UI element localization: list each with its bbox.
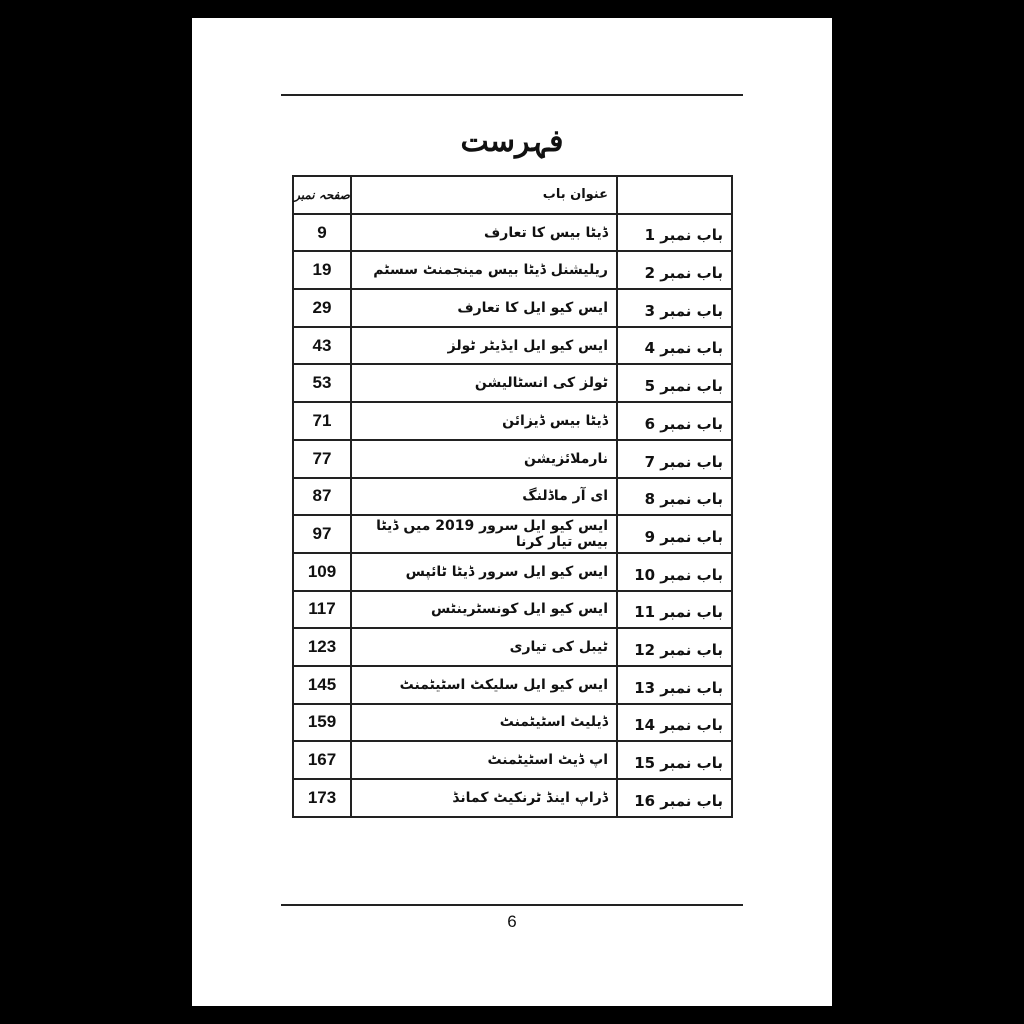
chapter-number-cell: باب نمبر 15 xyxy=(617,741,732,779)
page-title: فہرست xyxy=(192,124,832,159)
table-row: 53ٹولز کی انسٹالیشنباب نمبر 5 xyxy=(293,364,732,402)
page-number-cell: 145 xyxy=(293,666,351,704)
top-rule-divider xyxy=(281,94,743,96)
chapter-title-cell: نارملائزیشن xyxy=(351,440,617,478)
chapter-number-cell: باب نمبر 7 xyxy=(617,440,732,478)
page-number-cell: 29 xyxy=(293,289,351,327)
page-number-cell: 9 xyxy=(293,214,351,252)
chapter-number-cell: باب نمبر 5 xyxy=(617,364,732,402)
chapter-number-cell: باب نمبر 13 xyxy=(617,666,732,704)
table-row: 87ای آر ماڈلنگباب نمبر 8 xyxy=(293,478,732,516)
page-number-cell: 173 xyxy=(293,779,351,817)
chapter-title-cell: ایس کیو ایل سرور 2019 میں ڈیٹا بیس تیار … xyxy=(351,515,617,553)
chapter-number-cell: باب نمبر 16 xyxy=(617,779,732,817)
chapter-title-cell: ریلیشنل ڈیٹا بیس مینجمنٹ سسٹم xyxy=(351,251,617,289)
chapter-title-cell: ٹولز کی انسٹالیشن xyxy=(351,364,617,402)
page-number-cell: 43 xyxy=(293,327,351,365)
page-number-cell: 123 xyxy=(293,628,351,666)
page-number-cell: 53 xyxy=(293,364,351,402)
table-row: 29ایس کیو ایل کا تعارفباب نمبر 3 xyxy=(293,289,732,327)
chapter-number-cell: باب نمبر 8 xyxy=(617,478,732,516)
page-number-cell: 97 xyxy=(293,515,351,553)
table-row: 19ریلیشنل ڈیٹا بیس مینجمنٹ سسٹمباب نمبر … xyxy=(293,251,732,289)
chapter-title-cell: ایس کیو ایل کونسٹرینٹس xyxy=(351,591,617,629)
chapter-title-cell: ایس کیو ایل سرور ڈیٹا ٹائپس xyxy=(351,553,617,591)
page-number-cell: 117 xyxy=(293,591,351,629)
page-number-cell: 71 xyxy=(293,402,351,440)
chapter-title-cell: ٹیبل کی تیاری xyxy=(351,628,617,666)
table-row: 109ایس کیو ایل سرور ڈیٹا ٹائپسباب نمبر 1… xyxy=(293,553,732,591)
chapter-number-cell: باب نمبر 6 xyxy=(617,402,732,440)
chapter-number-cell: باب نمبر 2 xyxy=(617,251,732,289)
chapter-number-cell: باب نمبر 14 xyxy=(617,704,732,742)
page-number-cell: 87 xyxy=(293,478,351,516)
header-chapter-number xyxy=(617,176,732,214)
chapter-title-cell: ڈراپ اینڈ ٹرنکیٹ کمانڈ xyxy=(351,779,617,817)
chapter-number-cell: باب نمبر 9 xyxy=(617,515,732,553)
chapter-number-cell: باب نمبر 4 xyxy=(617,327,732,365)
table-row: 97ایس کیو ایل سرور 2019 میں ڈیٹا بیس تیا… xyxy=(293,515,732,553)
chapter-title-cell: ایس کیو ایل کا تعارف xyxy=(351,289,617,327)
table-row: 123ٹیبل کی تیاریباب نمبر 12 xyxy=(293,628,732,666)
table-row: 145ایس کیو ایل سلیکٹ اسٹیٹمنٹباب نمبر 13 xyxy=(293,666,732,704)
table-row: 9ڈیٹا بیس کا تعارفباب نمبر 1 xyxy=(293,214,732,252)
chapter-number-cell: باب نمبر 10 xyxy=(617,553,732,591)
page-number-cell: 167 xyxy=(293,741,351,779)
chapter-number-cell: باب نمبر 3 xyxy=(617,289,732,327)
chapter-title-cell: ای آر ماڈلنگ xyxy=(351,478,617,516)
book-page: فہرست صفحہ نمبر عنوان باب 9ڈیٹا بیس کا ت… xyxy=(192,18,832,1006)
page-number-cell: 159 xyxy=(293,704,351,742)
table-row: 43ایس کیو ایل ایڈیٹر ٹولزباب نمبر 4 xyxy=(293,327,732,365)
bottom-rule-divider xyxy=(281,904,743,906)
page-number-cell: 19 xyxy=(293,251,351,289)
table-row: 173ڈراپ اینڈ ٹرنکیٹ کمانڈباب نمبر 16 xyxy=(293,779,732,817)
page-number: 6 xyxy=(192,912,832,932)
chapter-title-cell: اپ ڈیٹ اسٹیٹمنٹ xyxy=(351,741,617,779)
chapter-number-cell: باب نمبر 12 xyxy=(617,628,732,666)
table-row: 71ڈیٹا بیس ڈیزائنباب نمبر 6 xyxy=(293,402,732,440)
chapter-title-cell: ڈیٹا بیس کا تعارف xyxy=(351,214,617,252)
table-row: 159ڈیلیٹ اسٹیٹمنٹباب نمبر 14 xyxy=(293,704,732,742)
chapter-title-cell: ایس کیو ایل سلیکٹ اسٹیٹمنٹ xyxy=(351,666,617,704)
table-of-contents: صفحہ نمبر عنوان باب 9ڈیٹا بیس کا تعارفبا… xyxy=(292,175,733,818)
chapter-title-cell: ڈیلیٹ اسٹیٹمنٹ xyxy=(351,704,617,742)
header-page-number: صفحہ نمبر xyxy=(293,176,351,214)
chapter-title-cell: ایس کیو ایل ایڈیٹر ٹولز xyxy=(351,327,617,365)
page-number-cell: 77 xyxy=(293,440,351,478)
table-row: 167اپ ڈیٹ اسٹیٹمنٹباب نمبر 15 xyxy=(293,741,732,779)
table-header-row: صفحہ نمبر عنوان باب xyxy=(293,176,732,214)
table-row: 77نارملائزیشنباب نمبر 7 xyxy=(293,440,732,478)
chapter-number-cell: باب نمبر 11 xyxy=(617,591,732,629)
chapter-number-cell: باب نمبر 1 xyxy=(617,214,732,252)
chapter-title-cell: ڈیٹا بیس ڈیزائن xyxy=(351,402,617,440)
page-number-cell: 109 xyxy=(293,553,351,591)
header-chapter-title: عنوان باب xyxy=(351,176,617,214)
table-row: 117ایس کیو ایل کونسٹرینٹسباب نمبر 11 xyxy=(293,591,732,629)
